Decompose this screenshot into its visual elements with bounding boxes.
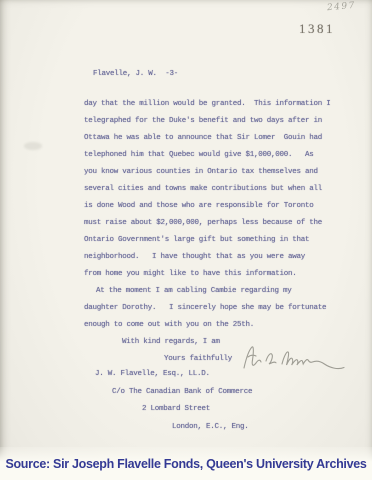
source-attribution-bar: Source: Sir Joseph Flavelle Fonds, Queen…	[0, 447, 372, 480]
source-attribution-text: Source: Sir Joseph Flavelle Fonds, Queen…	[5, 457, 366, 471]
letter-line: is done Wood and those who are responsib…	[84, 198, 364, 215]
letter-line: neighborhood. I have thought that as you…	[84, 249, 364, 266]
recipient-address-block: J. W. Flavelle, Esq., LL.D. C/o The Cana…	[84, 366, 364, 436]
letter-line: day that the million would be granted. T…	[84, 96, 364, 113]
letter-line: Ontario Government's large gift but some…	[84, 232, 364, 249]
stamp-folio-number: 1381	[299, 21, 335, 37]
letter-line: enough to come out with you on the 25th.	[84, 317, 364, 334]
address-line-city: London, E.C., Eng.	[84, 419, 364, 437]
scanned-letter-page: 2497 1381 Flavelle, J. W. -3- day that t…	[0, 0, 372, 480]
letter-body: day that the million would be granted. T…	[84, 96, 364, 368]
paper-smudge	[24, 142, 42, 150]
address-line-name: J. W. Flavelle, Esq., LL.D.	[84, 366, 364, 384]
address-line-street: 2 Lombard Street	[84, 401, 364, 419]
letter-line: telegraphed for the Duke's benefit and t…	[84, 113, 364, 130]
letter-line-paragraph-start: At the moment I am cabling Cambie regard…	[84, 283, 364, 300]
letter-line: Ottawa he was able to announce that Sir …	[84, 130, 364, 147]
letter-line: several cities and towns make contributi…	[84, 181, 364, 198]
letter-header-recipient-page: Flavelle, J. W. -3-	[93, 70, 178, 78]
address-line-careof: C/o The Canadian Bank of Commerce	[84, 384, 364, 402]
letter-line: from home you might like to have this in…	[84, 266, 364, 283]
letter-line: daughter Dorothy. I sincerely hope she m…	[84, 300, 364, 317]
handwritten-folio-number: 2497	[327, 1, 357, 13]
letter-line: you know various counties in Ontario tax…	[84, 164, 364, 181]
letter-line: telephoned him that Quebec would give $1…	[84, 147, 364, 164]
letter-line: must raise about $2,000,000, perhaps les…	[84, 215, 364, 232]
